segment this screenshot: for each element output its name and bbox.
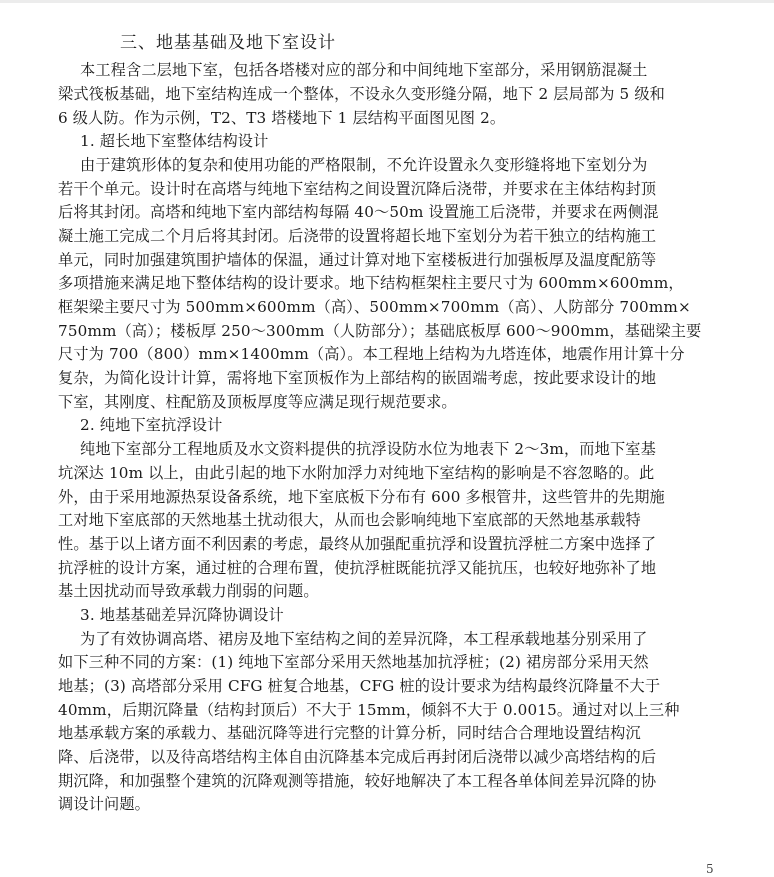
text-line: 40mm，后期沉降量（结构封顶后）不大于 15mm，倾斜不大于 0.0015。通… xyxy=(58,700,680,720)
text-line: 6 级人防。作为示例，T2、T3 塔楼地下 1 层结构平面图见图 2。 xyxy=(58,108,505,128)
page-number: 5 xyxy=(706,862,714,876)
text-line: 工对地下室底部的天然地基土扰动很大，从而也会影响纯地下室底部的天然地基承载特 xyxy=(58,510,641,530)
text-line: 750mm（高）；楼板厚 250～300mm（人防部分）；基础底板厚 600～9… xyxy=(58,321,701,341)
text-line: 由于建筑形体的复杂和使用功能的严格限制，不允许设置永久变形缝将地下室划分为 xyxy=(80,155,648,175)
text-line: 抗浮桩的设计方案，通过桩的合理布置，使抗浮桩既能抗浮又能抗压，也较好地弥补了地 xyxy=(58,558,656,578)
text-line: 地基承载方案的承载力、基础沉降等进行完整的计算分析，同时结合合理地设置结构沉 xyxy=(58,723,641,743)
text-line: 性。基于以上诸方面不利因素的考虑，最终从加强配重抗浮和设置抗浮桩二方案中选择了 xyxy=(58,534,656,554)
text-line: 坑深达 10m 以上，由此引起的地下水附加浮力对纯地下室结构的影响是不容忽略的。… xyxy=(58,463,654,483)
text-line: 1. 超长地下室整体结构设计 xyxy=(80,131,268,151)
text-line: 单元，同时加强建筑围护墙体的保温，通过计算对地下室楼板进行加强板厚及温度配筋等 xyxy=(58,250,656,270)
text-line: 纯地下室部分工程地质及水文资料提供的抗浮设防水位为地表下 2～3m，而地下室基 xyxy=(80,439,656,459)
section-title: 三、地基基础及地下室设计 xyxy=(120,28,336,53)
text-line: 地基；(3) 高塔部分采用 CFG 桩复合地基，CFG 桩的设计要求为结构最终沉… xyxy=(58,676,660,696)
text-line: 复杂，为简化设计计算，需将地下室顶板作为上部结构的嵌固端考虑，按此要求设计的地 xyxy=(58,368,656,388)
text-line: 尺寸为 700（800）mm×1400mm（高）。本工程地上结构为九塔连体，地震… xyxy=(58,344,685,364)
text-line: 外，由于采用地源热泵设备系统，地下室底板下分布有 600 多根管井，这些管井的先… xyxy=(58,487,665,507)
document-page: 三、地基基础及地下室设计 本工程含二层地下室，包括各塔楼对应的部分和中间纯地下室… xyxy=(0,0,774,877)
text-line: 基土因扰动而导致承载力削弱的问题。 xyxy=(58,581,319,601)
text-line: 框架梁主要尺寸为 500mm×600mm（高）、500mm×700mm（高）、人… xyxy=(58,297,691,317)
text-line: 多项措施来满足地下整体结构的设计要求。地下结构框架柱主要尺寸为 600mm×60… xyxy=(58,273,684,293)
text-line: 后将其封闭。高塔和纯地下室内部结构每隔 40～50m 设置施工后浇带，并要求在两… xyxy=(58,202,659,222)
text-line: 降、后浇带，以及待高塔结构主体自由沉降基本完成后再封闭后浇带以减少高塔结构的后 xyxy=(58,747,656,767)
text-line: 期沉降，和加强整个建筑的沉降观测等措施，较好地解决了本工程各单体间差异沉降的协 xyxy=(58,771,656,791)
text-line: 梁式筏板基础，地下室结构连成一个整体，不设永久变形缝分隔，地下 2 层局部为 5… xyxy=(58,84,665,104)
text-line: 3. 地基基础差异沉降协调设计 xyxy=(80,605,284,625)
text-line: 本工程含二层地下室，包括各塔楼对应的部分和中间纯地下室部分，采用钢筋混凝土 xyxy=(80,60,648,80)
text-line: 凝土施工完成二个月后将其封闭。后浇带的设置将超长地下室划分为若干独立的结构施工 xyxy=(58,226,656,246)
text-line: 2. 纯地下室抗浮设计 xyxy=(80,415,222,435)
text-line: 调设计问题。 xyxy=(58,794,150,814)
text-line: 若干个单元。设计时在高塔与纯地下室结构之间设置沉降后浇带，并要求在主体结构封顶 xyxy=(58,179,656,199)
text-line: 下室，其刚度、柱配筋及顶板厚度等应满足现行规范要求。 xyxy=(58,392,457,412)
text-line: 为了有效协调高塔、裙房及地下室结构之间的差异沉降，本工程承载地基分别采用了 xyxy=(80,629,648,649)
text-line: 如下三种不同的方案：(1) 纯地下室部分采用天然地基加抗浮桩；(2) 裙房部分采… xyxy=(58,652,649,672)
